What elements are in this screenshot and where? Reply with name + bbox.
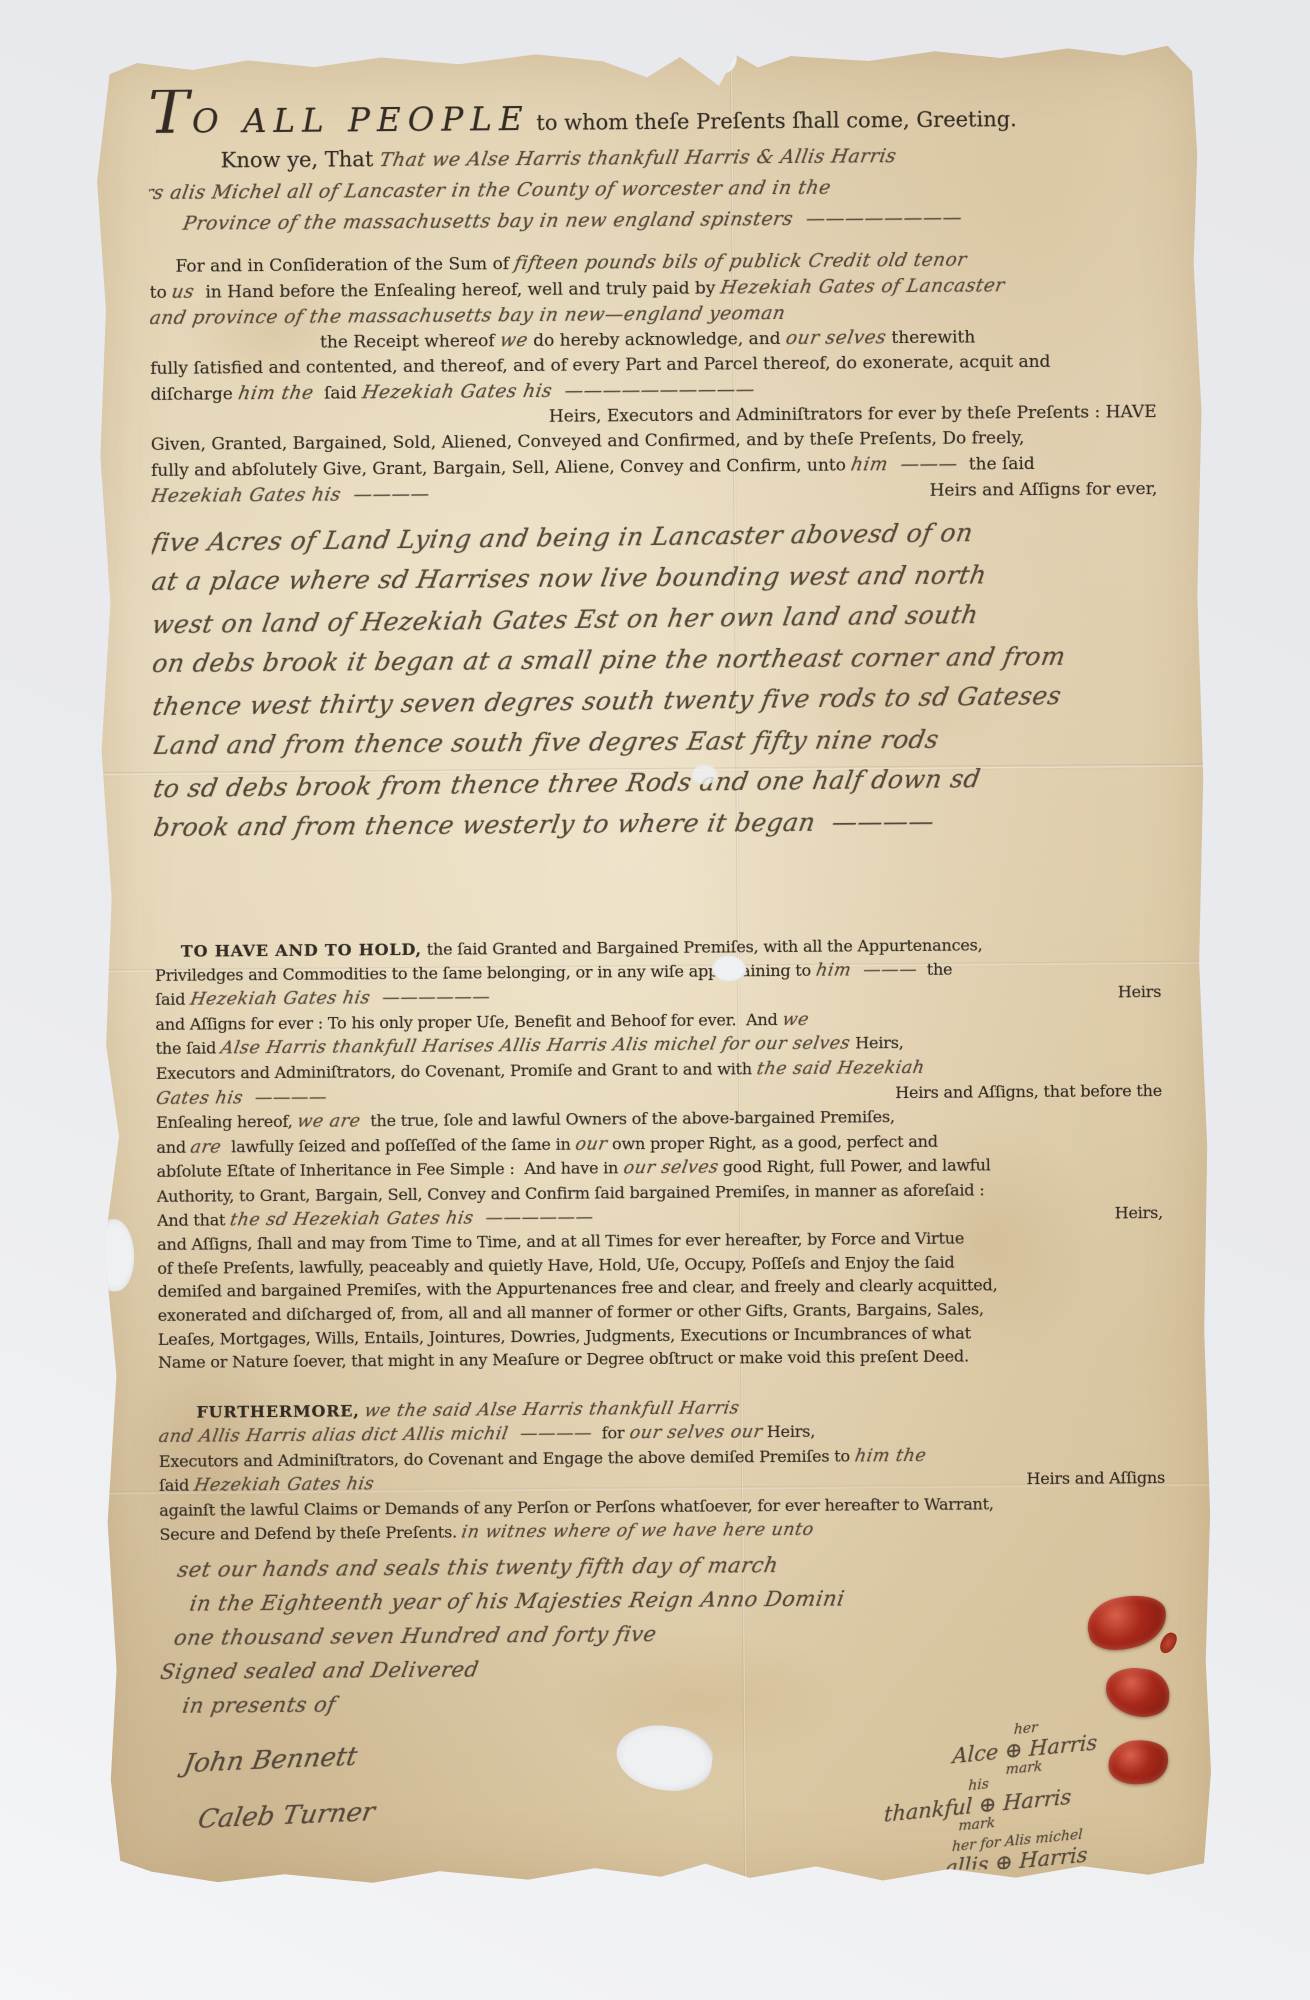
print-segment: Heirs, bbox=[850, 1031, 903, 1055]
text-line: brook and from thence westerly to where … bbox=[154, 799, 1160, 848]
print-segment: to whom theſe Preſents ſhall come, Greet… bbox=[530, 99, 1017, 143]
print-segment: the ſaid bbox=[156, 1037, 222, 1061]
line-spacer bbox=[374, 1485, 1027, 1490]
witness-signatures: John BennettCaleb Turner bbox=[161, 1726, 606, 1876]
print-segment: Secure and Defend by theſe Preſents. bbox=[159, 1520, 462, 1546]
handwriting-segment: Land and from thence south five degres E… bbox=[150, 719, 942, 766]
print-segment: the bbox=[917, 957, 953, 981]
handwriting-segment: are bbox=[189, 1136, 224, 1160]
deed-text: TO ALL PEOPLE to whom theſe Preſents ſha… bbox=[148, 82, 1168, 1876]
handwriting-segment: we bbox=[498, 328, 530, 353]
tear-hole bbox=[96, 1219, 135, 1291]
print-segment: Name or Nature ſoever, that might in any… bbox=[158, 1345, 969, 1375]
section-land-description: five Acres of Land Lying and being in La… bbox=[151, 512, 1160, 848]
handwriting-segment: That we Alse Harris thankfull Harris & A… bbox=[377, 141, 899, 176]
handwriting-segment: and Allis Harris alias dict Allis michil… bbox=[157, 1423, 594, 1450]
text-line: in presents of bbox=[161, 1681, 1167, 1723]
handwriting-segment: Province of the massachusetts bay in new… bbox=[181, 203, 965, 240]
print-segment: the true, ſole and lawful Owners of the … bbox=[360, 1105, 895, 1133]
print-segment: Executors and Adminiſtrators, do Covenan… bbox=[156, 1057, 757, 1085]
print-segment: for bbox=[592, 1421, 629, 1445]
handwriting-segment: him ——— bbox=[849, 452, 960, 478]
handwriting-segment: our selves our bbox=[627, 1421, 764, 1446]
line-spacer bbox=[151, 422, 549, 425]
print-segment: TO HAVE AND TO HOLD, bbox=[181, 938, 422, 963]
handwriting-segment: our bbox=[574, 1133, 610, 1157]
handwriting-segment: one thousand seven Hundred and forty fiv… bbox=[171, 1617, 659, 1655]
print-segment: own proper Right, as a good, perfect and bbox=[607, 1130, 938, 1156]
section-header: TO ALL PEOPLE to whom theſe Preſents ſha… bbox=[148, 82, 1155, 240]
line-spacer bbox=[430, 496, 930, 500]
signer-signatures: herAlce ⊕ Harrismarkhisthankful ⊕ Harris… bbox=[604, 1721, 1168, 1876]
handwriting-segment: Hezekiah Gates his ———— bbox=[149, 482, 432, 509]
print-segment: T bbox=[148, 90, 189, 136]
print-segment: and Aſſigns for ever : To his only prope… bbox=[155, 1008, 782, 1037]
handwriting-segment: him ——— bbox=[814, 959, 919, 983]
signature-area: John BennettCaleb Turner herAlce ⊕ Harri… bbox=[161, 1721, 1168, 1876]
print-segment: lawfully ſeized and poſſeſſed of the ſam… bbox=[221, 1132, 575, 1158]
print-segment: For and in Conſideration of the Sum of bbox=[175, 252, 514, 280]
print-segment: diſcharge bbox=[150, 382, 238, 408]
handwriting-segment: we are bbox=[295, 1110, 362, 1134]
handwriting-segment: the said Hezekiah bbox=[755, 1057, 927, 1082]
print-segment: Heirs and Aſſigns bbox=[1026, 1466, 1165, 1491]
handwriting-segment: him the bbox=[236, 381, 315, 407]
handwriting-segment: Hezekiah Gates of Lancaster bbox=[719, 273, 1007, 300]
print-segment: ſaid bbox=[159, 1474, 194, 1498]
print-segment: ſaid bbox=[155, 988, 190, 1012]
section-furthermore: FURTHERMORE, we the said Alse Harris tha… bbox=[158, 1393, 1165, 1547]
handwriting-segment: Gates his ———— bbox=[154, 1086, 329, 1111]
handwriting-segment: in the Eighteenth year of his Majesties … bbox=[187, 1582, 847, 1621]
print-segment: do hereby acknowledge, and bbox=[528, 327, 786, 354]
handwriting-segment: him the bbox=[853, 1445, 928, 1469]
line-spacer bbox=[327, 1098, 895, 1102]
handwriting-segment: Hezekiah Gates his bbox=[192, 1474, 376, 1499]
handwriting-segment: fifteen pounds bils of publick Credit ol… bbox=[512, 248, 968, 277]
print-segment: ſaid bbox=[313, 381, 362, 406]
handwriting-segment: set our hands and seals this twenty fift… bbox=[175, 1548, 781, 1587]
print-segment: Heirs, bbox=[762, 1420, 815, 1444]
print-segment: good Right, full Power, and lawful bbox=[718, 1154, 991, 1180]
handwriting-segment: us bbox=[170, 280, 197, 305]
print-segment: Enſealing hereof, bbox=[156, 1110, 297, 1135]
print-segment: Heirs and Aſſigns for ever, bbox=[930, 477, 1158, 504]
line-spacer bbox=[594, 1218, 1115, 1222]
photo-background: TO ALL PEOPLE to whom theſe Preſents ſha… bbox=[0, 0, 1310, 2000]
print-segment: and bbox=[156, 1135, 191, 1159]
line-spacer bbox=[490, 998, 1118, 1003]
print-segment: Know ye, That bbox=[221, 144, 381, 176]
text-line: TO ALL PEOPLE to whom theſe Preſents ſha… bbox=[148, 82, 1154, 146]
handwriting-segment: we bbox=[780, 1009, 810, 1033]
handwriting-segment: Hezekiah Gates his —————————— bbox=[360, 377, 757, 405]
section-to-have-and-to-hold: TO HAVE AND TO HOLD, the ſaid Granted an… bbox=[155, 932, 1164, 1375]
print-segment: Heirs bbox=[1118, 980, 1162, 1004]
signer-signature: her for Alis michelallis ⊕ Harrismark bbox=[944, 1827, 1089, 1875]
handwriting-segment: the sd Hezekiah Gates his —————— bbox=[228, 1206, 595, 1232]
print-segment: therewith bbox=[886, 325, 975, 351]
print-segment: Heirs and Aſſigns, that before the bbox=[895, 1079, 1162, 1105]
deed-document-paper: TO ALL PEOPLE to whom theſe Preſents ſha… bbox=[93, 44, 1215, 1891]
section-consideration: For and in Conſideration of the Sum of f… bbox=[149, 246, 1157, 510]
handwriting-segment: Hezekiah Gates his —————— bbox=[188, 986, 492, 1012]
print-segment: Heirs, bbox=[1115, 1201, 1163, 1225]
text-line: Province of the massachusetts bay in new… bbox=[149, 201, 1155, 240]
print-segment: abſolute Eſtate of Inheritance in Fee Si… bbox=[157, 1157, 624, 1184]
section-closing: set our hands and seals this twenty fift… bbox=[160, 1545, 1167, 1723]
print-segment: the Receipt whereof bbox=[320, 329, 500, 355]
print-segment: O ALL PEOPLE bbox=[192, 99, 530, 142]
print-segment: And that bbox=[157, 1208, 230, 1232]
handwriting-segment: our selves bbox=[621, 1157, 720, 1181]
handwriting-segment: Signed sealed and Delivered bbox=[158, 1653, 482, 1690]
tear-hole bbox=[711, 43, 737, 73]
handwriting-segment: we the said Alse Harris thankfull Harris bbox=[363, 1397, 742, 1424]
handwriting-segment: brook and from thence westerly to where … bbox=[150, 801, 937, 848]
print-segment: the ſaid bbox=[958, 452, 1035, 478]
handwriting-segment: in witnes where of we have here unto bbox=[460, 1518, 816, 1544]
handwriting-segment: our selves bbox=[784, 325, 888, 351]
print-segment: FURTHERMORE, bbox=[196, 1399, 359, 1424]
handwriting-segment: in presents of bbox=[180, 1688, 339, 1723]
